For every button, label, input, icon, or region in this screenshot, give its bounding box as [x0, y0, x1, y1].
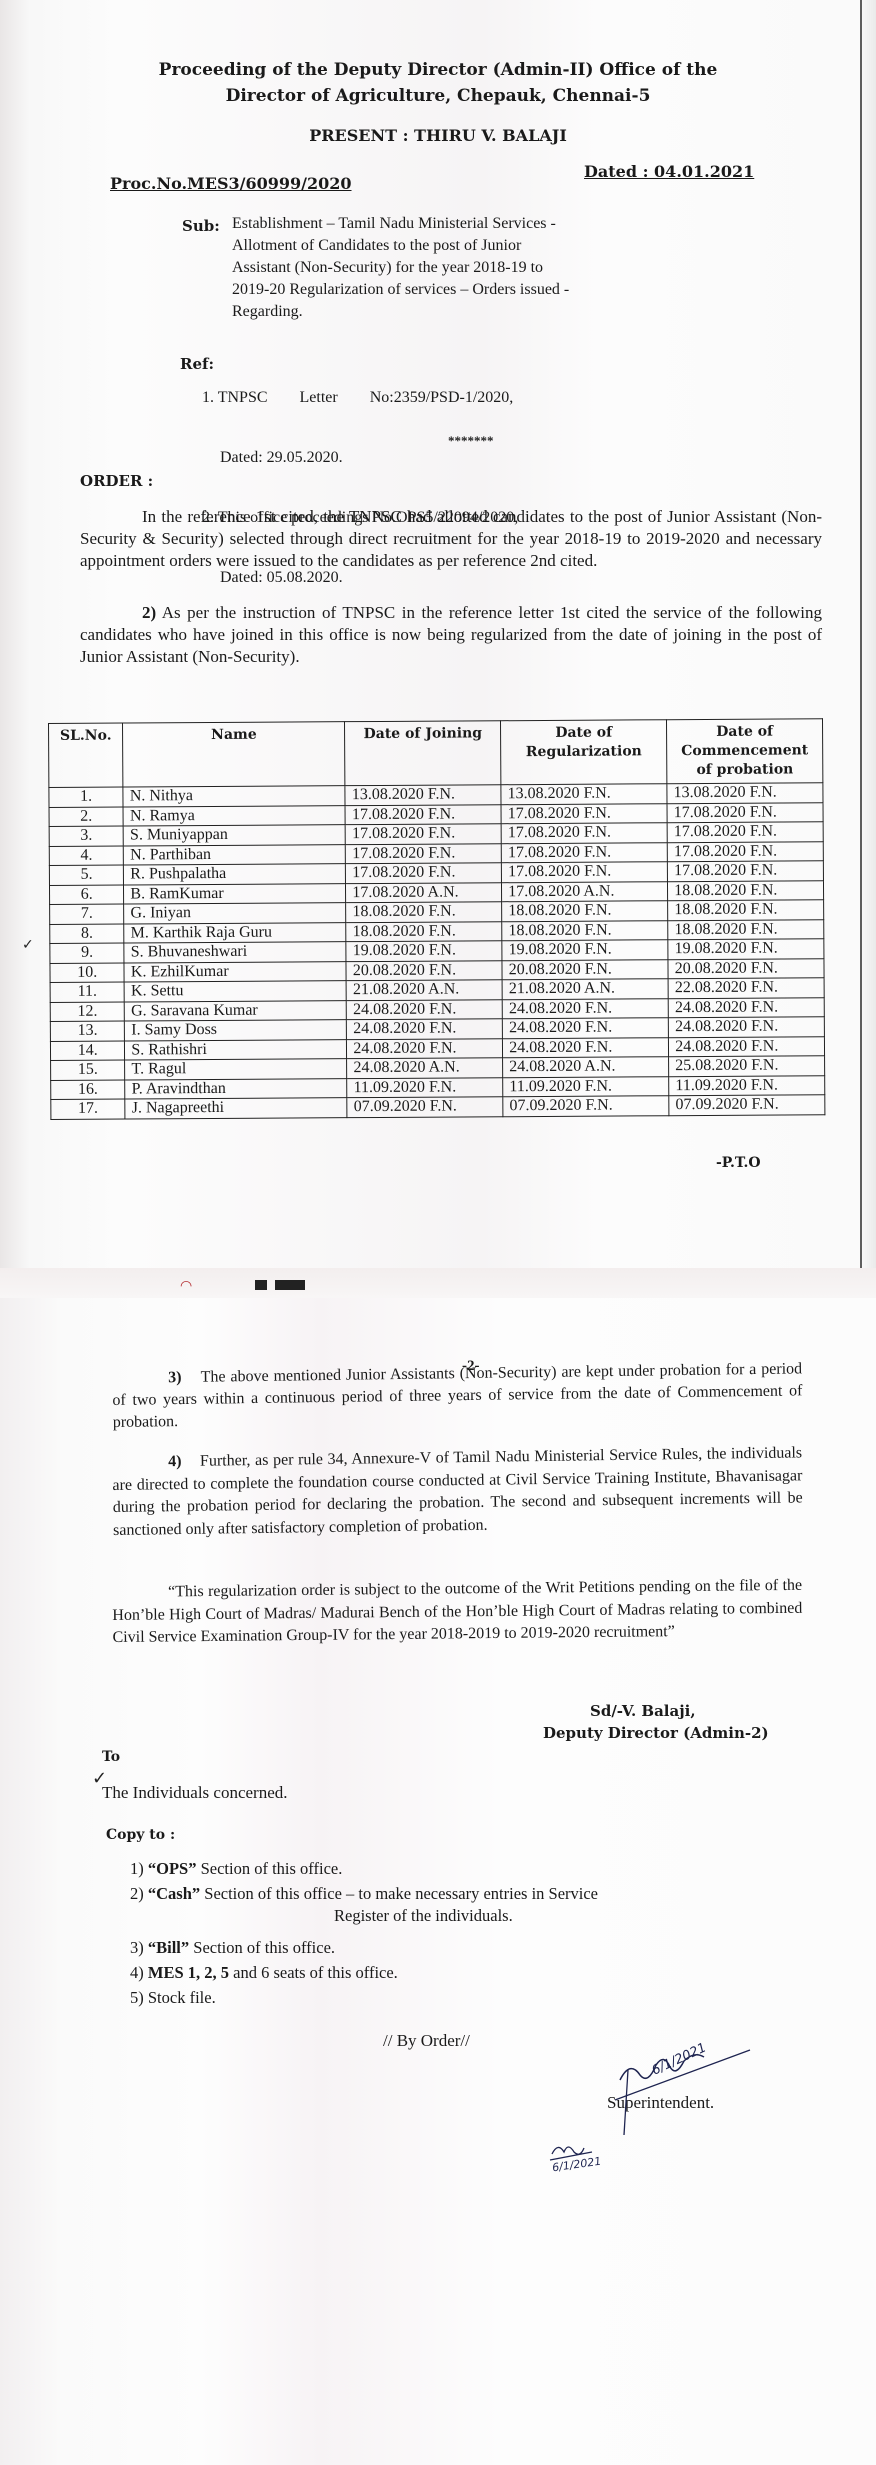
- cell-regularization-date: 11.09.2020 F.N.: [503, 1076, 669, 1097]
- cell-name: S. Muniyappan: [123, 825, 345, 846]
- cell-joining-date: 24.08.2020 F.N.: [347, 1019, 503, 1039]
- cell-slno: 3.: [49, 826, 123, 846]
- cell-probation-date: 17.08.2020 F.N.: [667, 802, 823, 822]
- cell-slno: 13.: [50, 1021, 124, 1041]
- cell-slno: 16.: [51, 1080, 125, 1100]
- cell-joining-date: 24.08.2020 A.N.: [347, 1058, 503, 1078]
- pto-label: -P.T.O: [716, 1152, 761, 1174]
- cell-joining-date: 21.08.2020 A.N.: [346, 980, 502, 1000]
- signatory-name: Sd/-V. Balaji,: [590, 1700, 696, 1722]
- cell-slno: 8.: [50, 924, 124, 944]
- order-heading: ORDER :: [80, 470, 153, 492]
- reference-date: Dated: 29.05.2020.: [202, 448, 684, 468]
- cell-probation-date: 17.08.2020 F.N.: [667, 841, 823, 861]
- reference-item: 1. TNPSC Letter No:2359/PSD-1/2020,: [202, 388, 684, 408]
- cell-slno: 12.: [50, 1002, 124, 1022]
- cell-joining-date: 07.09.2020 F.N.: [347, 1097, 503, 1117]
- cell-name: P. Aravindthan: [125, 1078, 347, 1099]
- paragraph-4: 4) Further, as per rule 34, Annexure-V o…: [112, 1442, 803, 1542]
- cell-slno: 10.: [50, 963, 124, 983]
- copy-to-item: 1) “OPS” Section of this office.: [130, 1858, 770, 1880]
- cell-name: K. EzhilKumar: [124, 961, 346, 982]
- cell-slno: 6.: [49, 885, 123, 905]
- cell-probation-date: 18.08.2020 F.N.: [668, 880, 824, 900]
- paragraph-5: “This regularization order is subject to…: [112, 1575, 803, 1650]
- item-emphasis: “Cash”: [148, 1884, 200, 1903]
- item-number: 3): [130, 1938, 144, 1957]
- signatory-title: Deputy Director (Admin-2): [543, 1722, 769, 1744]
- initials-scribble-icon: [548, 2140, 598, 2165]
- cell-regularization-date: 17.08.2020 F.N.: [502, 862, 668, 883]
- handwritten-check-icon: ✓: [22, 937, 34, 953]
- cell-name: B. RamKumar: [124, 883, 346, 904]
- cell-joining-date: 18.08.2020 F.N.: [346, 902, 502, 922]
- paragraph-number: 2): [142, 603, 156, 622]
- subject-text: Establishment – Tamil Nadu Ministerial S…: [232, 213, 684, 323]
- paragraph-text: As per the instruction of TNPSC in the r…: [80, 603, 822, 666]
- cell-regularization-date: 24.08.2020 A.N.: [503, 1057, 669, 1078]
- header-title-line1: Proceeding of the Deputy Director (Admin…: [0, 58, 876, 82]
- cell-joining-date: 19.08.2020 F.N.: [346, 941, 502, 961]
- copy-to-item: 2) “Cash” Section of this office – to ma…: [130, 1883, 770, 1905]
- item-emphasis: “OPS”: [148, 1859, 197, 1878]
- cell-regularization-date: 24.08.2020 F.N.: [502, 1018, 668, 1039]
- cell-slno: 4.: [49, 846, 123, 866]
- cell-name: S. Bhuvaneshwari: [124, 942, 346, 963]
- cell-regularization-date: 17.08.2020 A.N.: [502, 881, 668, 902]
- cell-name: G. Iniyan: [124, 903, 346, 924]
- subject-line: Allotment of Candidates to the post of J…: [232, 235, 684, 257]
- to-recipient: The Individuals concerned.: [102, 1782, 288, 1804]
- cell-name: N. Ramya: [123, 805, 345, 826]
- item-text: and 6 seats of this office.: [229, 1963, 398, 1982]
- to-label: To: [102, 1746, 120, 1768]
- order-paragraph-1: In the reference 1st cited, the TNPSC ha…: [80, 506, 822, 572]
- subject-label: Sub:: [182, 215, 220, 237]
- candidates-table: SL.No. Name Date of Joining Date of Regu…: [48, 718, 825, 1119]
- cell-slno: 7.: [50, 904, 124, 924]
- paragraph-text: Further, as per rule 34, Annexure-V of T…: [112, 1444, 802, 1538]
- handwritten-tick-icon: ✓: [92, 1768, 107, 1789]
- cell-joining-date: 24.08.2020 F.N.: [347, 999, 503, 1019]
- item-number: 5): [130, 1988, 144, 2007]
- proc-number: Proc.No.MES3/60999/2020: [110, 172, 352, 196]
- item-emphasis: “Bill”: [148, 1938, 189, 1957]
- cell-joining-date: 24.08.2020 F.N.: [347, 1038, 503, 1058]
- cell-probation-date: 25.08.2020 F.N.: [669, 1056, 825, 1076]
- cell-probation-date: 17.08.2020 F.N.: [667, 822, 823, 842]
- present-line: PRESENT : THIRU V. BALAJI: [0, 124, 876, 148]
- item-number: 2): [130, 1884, 144, 1903]
- cell-regularization-date: 18.08.2020 F.N.: [502, 920, 668, 941]
- cell-name: R. Pushpalatha: [124, 864, 346, 885]
- page-edge-line: [860, 0, 862, 1282]
- cell-name: M. Karthik Raja Guru: [124, 922, 346, 943]
- item-text: Section of this office – to make necessa…: [200, 1884, 598, 1903]
- copy-to-item: 3) “Bill” Section of this office.: [130, 1937, 770, 1959]
- cell-probation-date: 20.08.2020 F.N.: [668, 958, 824, 978]
- subject-line: Assistant (Non-Security) for the year 20…: [232, 257, 684, 279]
- cell-name: S. Rathishri: [125, 1039, 347, 1060]
- cell-slno: 17.: [51, 1099, 125, 1119]
- cell-joining-date: 17.08.2020 F.N.: [346, 863, 502, 883]
- cell-joining-date: 17.08.2020 F.N.: [345, 824, 501, 844]
- cell-name: I. Samy Doss: [125, 1020, 347, 1041]
- by-order: // By Order//: [383, 2030, 470, 2052]
- cell-joining-date: 13.08.2020 F.N.: [345, 785, 501, 805]
- item-emphasis: MES 1, 2, 5: [148, 1963, 229, 1982]
- cell-regularization-date: 19.08.2020 F.N.: [502, 940, 668, 961]
- header-title-line2: Director of Agriculture, Chepauk, Chenna…: [0, 84, 876, 108]
- dated: Dated : 04.01.2021: [584, 160, 754, 184]
- separator: *******: [448, 430, 494, 452]
- item-number: 4): [130, 1963, 144, 1982]
- cell-joining-date: 18.08.2020 F.N.: [346, 921, 502, 941]
- copy-to-label: Copy to :: [106, 1824, 175, 1846]
- cell-name: T. Ragul: [125, 1059, 347, 1080]
- cell-name: N. Parthiban: [124, 844, 346, 865]
- cell-regularization-date: 18.08.2020 F.N.: [502, 901, 668, 922]
- paragraph-number: 3): [168, 1369, 182, 1386]
- subject-line: Regarding.: [232, 301, 684, 323]
- cell-regularization-date: 20.08.2020 F.N.: [502, 959, 668, 980]
- cell-regularization-date: 21.08.2020 A.N.: [502, 979, 668, 1000]
- cell-probation-date: 24.08.2020 F.N.: [669, 1036, 825, 1056]
- cell-slno: 2.: [49, 807, 123, 827]
- col-header-probation: Date of Commencement of probation: [667, 719, 823, 784]
- cell-regularization-date: 07.09.2020 F.N.: [503, 1096, 669, 1117]
- cell-joining-date: 17.08.2020 A.N.: [346, 882, 502, 902]
- col-header-name: Name: [123, 722, 345, 787]
- cell-regularization-date: 24.08.2020 F.N.: [503, 1037, 669, 1058]
- signature-scribble-icon: [610, 2040, 760, 2140]
- item-text: Stock file.: [148, 1988, 216, 2007]
- copy-to-item: 4) MES 1, 2, 5 and 6 seats of this offic…: [130, 1962, 770, 1984]
- cell-probation-date: 17.08.2020 F.N.: [668, 861, 824, 881]
- cell-probation-date: 11.09.2020 F.N.: [669, 1075, 825, 1095]
- stamp-fragment: [255, 1280, 267, 1290]
- order-paragraph-2: 2) As per the instruction of TNPSC in th…: [80, 602, 822, 668]
- paragraph-3: 3) The above mentioned Junior Assistants…: [112, 1358, 803, 1434]
- page-tear-strip: ◠: [0, 1268, 876, 1298]
- cell-regularization-date: 17.08.2020 F.N.: [501, 842, 667, 863]
- cell-regularization-date: 17.08.2020 F.N.: [501, 803, 667, 824]
- cell-slno: 1.: [49, 787, 123, 807]
- cell-probation-date: 07.09.2020 F.N.: [669, 1095, 825, 1115]
- cell-joining-date: 17.08.2020 F.N.: [346, 843, 502, 863]
- paragraph-number: 4): [168, 1453, 182, 1470]
- cell-regularization-date: 24.08.2020 F.N.: [502, 998, 668, 1019]
- cell-slno: 11.: [50, 982, 124, 1002]
- cell-slno: 9.: [50, 943, 124, 963]
- stamp-fragment: [275, 1280, 305, 1290]
- cell-name: K. Settu: [124, 981, 346, 1002]
- cell-regularization-date: 13.08.2020 F.N.: [501, 784, 667, 805]
- cell-joining-date: 11.09.2020 F.N.: [347, 1077, 503, 1097]
- cell-name: G. Saravana Kumar: [125, 1000, 347, 1021]
- cell-regularization-date: 17.08.2020 F.N.: [501, 823, 667, 844]
- cell-slno: 14.: [50, 1041, 124, 1061]
- cell-name: J. Nagapreethi: [125, 1098, 347, 1119]
- cell-probation-date: 24.08.2020 F.N.: [668, 997, 824, 1017]
- cell-probation-date: 24.08.2020 F.N.: [668, 1017, 824, 1037]
- cell-joining-date: 17.08.2020 F.N.: [345, 804, 501, 824]
- cell-probation-date: 18.08.2020 F.N.: [668, 919, 824, 939]
- cell-slno: 5.: [49, 865, 123, 885]
- col-header-regularization: Date of Regularization: [501, 720, 667, 785]
- subject-line: Establishment – Tamil Nadu Ministerial S…: [232, 213, 684, 235]
- paragraph-text: The above mentioned Junior Assistants (N…: [112, 1360, 802, 1431]
- copy-to-item: 5) Stock file.: [130, 1987, 770, 2009]
- col-header-joining: Date of Joining: [345, 721, 501, 786]
- red-mark-icon: ◠: [180, 1278, 192, 1294]
- table-header-row: SL.No. Name Date of Joining Date of Regu…: [49, 719, 823, 788]
- copy-to-list: 1) “OPS” Section of this office.2) “Cash…: [130, 1858, 770, 2012]
- item-text: Section of this office.: [196, 1859, 342, 1878]
- cell-probation-date: 22.08.2020 F.N.: [668, 978, 824, 998]
- cell-joining-date: 20.08.2020 F.N.: [346, 960, 502, 980]
- cell-slno: 15.: [51, 1060, 125, 1080]
- copy-to-item-continuation: Register of the individuals.: [130, 1905, 770, 1927]
- item-text: Section of this office.: [189, 1938, 335, 1957]
- subject-line: 2019-20 Regularization of services – Ord…: [232, 279, 684, 301]
- table-row: 17.J. Nagapreethi07.09.2020 F.N.07.09.20…: [51, 1095, 825, 1119]
- cell-name: N. Nithya: [123, 786, 345, 807]
- cell-probation-date: 18.08.2020 F.N.: [668, 900, 824, 920]
- item-number: 1): [130, 1859, 144, 1878]
- cell-probation-date: 19.08.2020 F.N.: [668, 939, 824, 959]
- col-header-slno: SL.No.: [49, 723, 124, 787]
- cell-probation-date: 13.08.2020 F.N.: [667, 783, 823, 803]
